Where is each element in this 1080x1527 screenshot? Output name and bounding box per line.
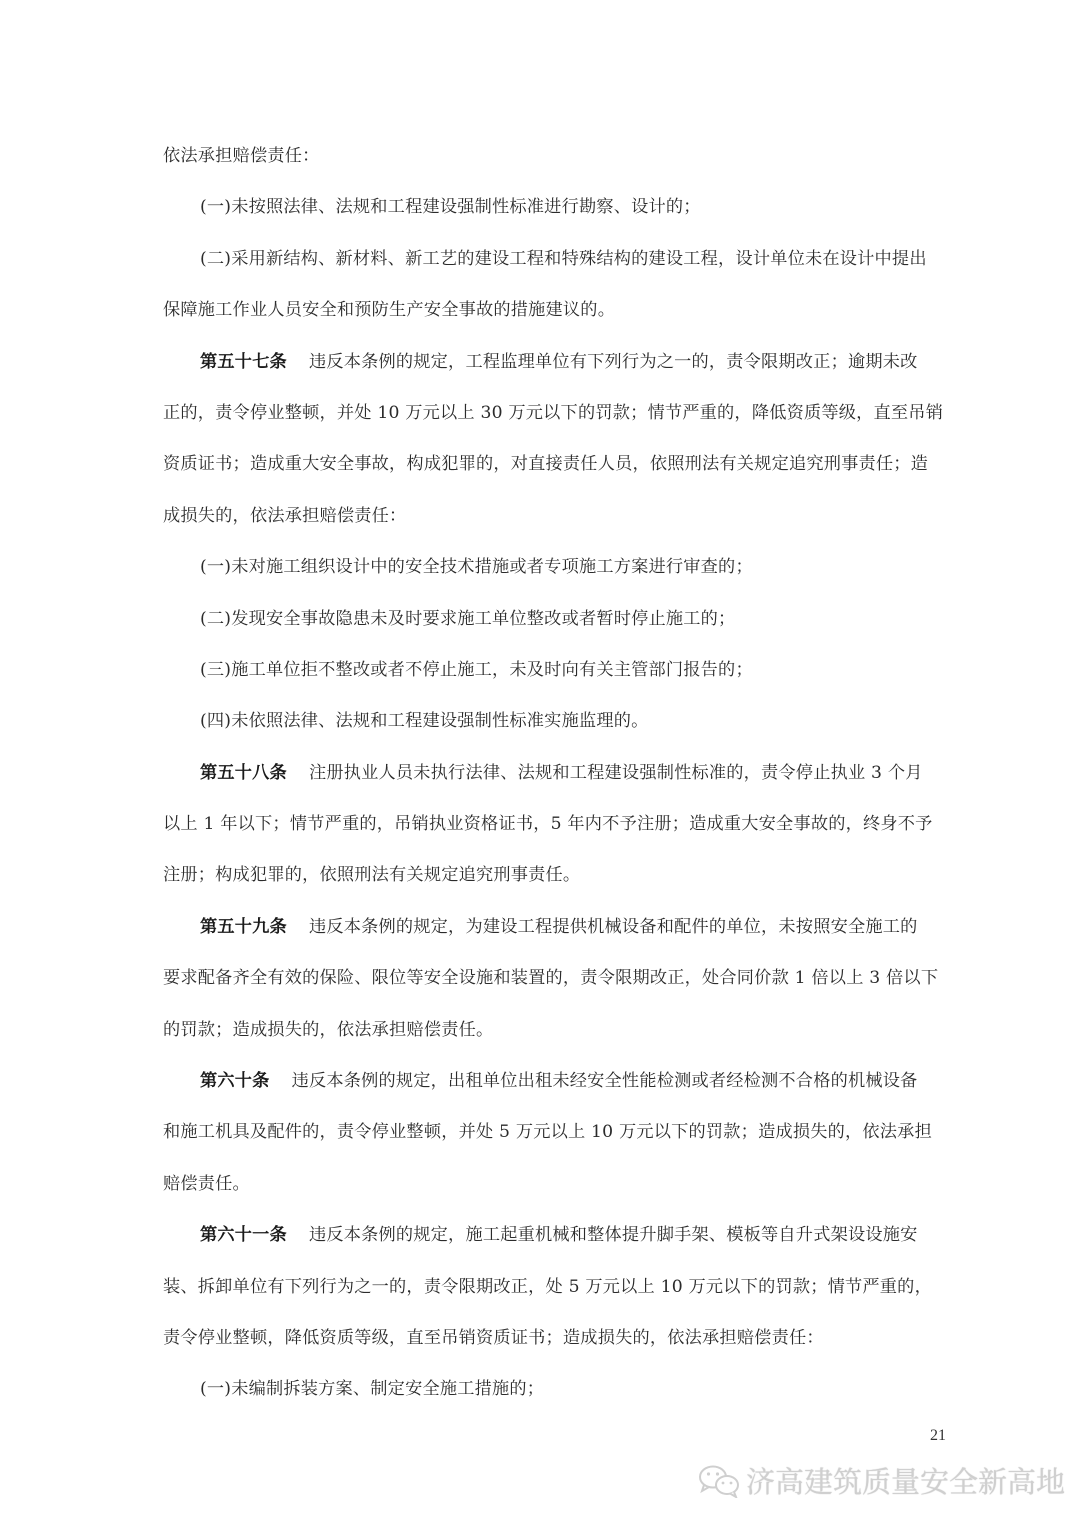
list-item: (二)采用新结构、新材料、新工艺的建设工程和特殊结构的建设工程，设计单位未在设计…	[163, 243, 918, 294]
list-item: (一)未按照法律、法规和工程建设强制性标准进行勘察、设计的；	[163, 191, 918, 242]
article-58-line: 注册；构成犯罪的，依照刑法有关规定追究刑事责任。	[163, 859, 918, 910]
article-title: 第六十一条	[200, 1225, 287, 1245]
document-page: 依法承担赔偿责任： (一)未按照法律、法规和工程建设强制性标准进行勘察、设计的；…	[0, 0, 1080, 1527]
article-58-line: 以上 1 年以下；情节严重的，吊销执业资格证书，5 年内不予注册；造成重大安全事…	[163, 808, 918, 859]
text-line: (四)未依照法律、法规和工程建设强制性标准实施监理的。	[200, 711, 649, 731]
article-title: 第五十九条	[200, 917, 287, 937]
list-item-continuation: 保障施工作业人员安全和预防生产安全事故的措施建议的。	[163, 294, 918, 345]
article-57-line: 正的，责令停业整顿，并处 10 万元以上 30 万元以下的罚款；情节严重的，降低…	[163, 397, 918, 448]
text-line: (一)未编制拆装方案、制定安全施工措施的；	[200, 1379, 544, 1399]
text-line: 资质证书；造成重大安全事故，构成犯罪的，对直接责任人员，依照刑法有关规定追究刑事…	[163, 454, 928, 474]
text-line: 装、拆卸单位有下列行为之一的，责令限期改正，处 5 万元以上 10 万元以下的罚…	[163, 1277, 932, 1297]
text-line: 注册；构成犯罪的，依照刑法有关规定追究刑事责任。	[163, 865, 580, 885]
article-60-line: 赔偿责任。	[163, 1168, 918, 1219]
article-61-line: 责令停业整顿，降低资质等级，直至吊销资质证书；造成损失的，依法承担赔偿责任：	[163, 1322, 918, 1373]
text-line: 违反本条例的规定，施工起重机械和整体提升脚手架、模板等自升式架设设施安	[309, 1225, 918, 1245]
article-title: 第五十八条	[200, 763, 287, 783]
article-61: 第六十一条违反本条例的规定，施工起重机械和整体提升脚手架、模板等自升式架设设施安	[163, 1219, 918, 1270]
article-57-line: 资质证书；造成重大安全事故，构成犯罪的，对直接责任人员，依照刑法有关规定追究刑事…	[163, 448, 918, 499]
text-line: 违反本条例的规定，出租单位出租未经安全性能检测或者经检测不合格的机械设备	[292, 1071, 918, 1091]
text-line: 以上 1 年以下；情节严重的，吊销执业资格证书，5 年内不予注册；造成重大安全事…	[163, 814, 933, 834]
text-line: 成损失的，依法承担赔偿责任：	[163, 506, 406, 526]
article-58: 第五十八条注册执业人员未执行法律、法规和工程建设强制性标准的，责令停止执业 3 …	[163, 757, 918, 808]
page-number: 21	[930, 1427, 946, 1445]
text-line: 赔偿责任。	[163, 1174, 250, 1194]
list-item: (四)未依照法律、法规和工程建设强制性标准实施监理的。	[163, 705, 918, 756]
article-59: 第五十九条违反本条例的规定，为建设工程提供机械设备和配件的单位，未按照安全施工的	[163, 911, 918, 962]
text-line: 责令停业整顿，降低资质等级，直至吊销资质证书；造成损失的，依法承担赔偿责任：	[163, 1328, 824, 1348]
article-59-line: 要求配备齐全有效的保险、限位等安全设施和装置的，责令限期改正，处合同价款 1 倍…	[163, 962, 918, 1013]
list-item: (一)未对施工组织设计中的安全技术措施或者专项施工方案进行审查的；	[163, 551, 918, 602]
text-line: 注册执业人员未执行法律、法规和工程建设强制性标准的，责令停止执业 3 个月	[309, 763, 923, 783]
article-59-line: 的罚款；造成损失的，依法承担赔偿责任。	[163, 1014, 918, 1065]
text-line: (一)未按照法律、法规和工程建设强制性标准进行勘察、设计的；	[200, 197, 701, 217]
paragraph-continuation: 依法承担赔偿责任：	[163, 140, 918, 191]
text-line: 违反本条例的规定，为建设工程提供机械设备和配件的单位，未按照安全施工的	[309, 917, 918, 937]
text-line: (三)施工单位拒不整改或者不停止施工，未及时向有关主管部门报告的；	[200, 660, 753, 680]
text-line: 保障施工作业人员安全和预防生产安全事故的措施建议的。	[163, 300, 615, 320]
article-title: 第六十条	[200, 1071, 270, 1091]
text-line: 和施工机具及配件的，责令停业整顿，并处 5 万元以上 10 万元以下的罚款；造成…	[163, 1122, 932, 1142]
text-line: (一)未对施工组织设计中的安全技术措施或者专项施工方案进行审查的；	[200, 557, 753, 577]
article-57: 第五十七条违反本条例的规定，工程监理单位有下列行为之一的，责令限期改正；逾期未改	[163, 346, 918, 397]
watermark-text: 济高建筑质量安全新高地	[746, 1460, 1065, 1501]
article-60: 第六十条违反本条例的规定，出租单位出租未经安全性能检测或者经检测不合格的机械设备	[163, 1065, 918, 1116]
list-item: (三)施工单位拒不整改或者不停止施工，未及时向有关主管部门报告的；	[163, 654, 918, 705]
document-body: 依法承担赔偿责任： (一)未按照法律、法规和工程建设强制性标准进行勘察、设计的；…	[163, 140, 918, 1425]
article-60-line: 和施工机具及配件的，责令停业整顿，并处 5 万元以上 10 万元以下的罚款；造成…	[163, 1116, 918, 1167]
list-item: (二)发现安全事故隐患未及时要求施工单位整改或者暂时停止施工的；	[163, 603, 918, 654]
article-title: 第五十七条	[200, 352, 287, 372]
text-line: (二)发现安全事故隐患未及时要求施工单位整改或者暂时停止施工的；	[200, 609, 735, 629]
text-line: 的罚款；造成损失的，依法承担赔偿责任。	[163, 1020, 493, 1040]
text-line: 依法承担赔偿责任：	[163, 146, 320, 166]
text-line: 要求配备齐全有效的保险、限位等安全设施和装置的，责令限期改正，处合同价款 1 倍…	[163, 968, 938, 988]
list-item: (一)未编制拆装方案、制定安全施工措施的；	[163, 1373, 918, 1424]
text-line: (二)采用新结构、新材料、新工艺的建设工程和特殊结构的建设工程，设计单位未在设计…	[200, 249, 927, 269]
article-61-line: 装、拆卸单位有下列行为之一的，责令限期改正，处 5 万元以上 10 万元以下的罚…	[163, 1271, 918, 1322]
article-57-line: 成损失的，依法承担赔偿责任：	[163, 500, 918, 551]
watermark: 济高建筑质量安全新高地	[698, 1460, 1065, 1501]
text-line: 违反本条例的规定，工程监理单位有下列行为之一的，责令限期改正；逾期未改	[309, 352, 918, 372]
wechat-icon	[698, 1464, 740, 1498]
text-line: 正的，责令停业整顿，并处 10 万元以上 30 万元以下的罚款；情节严重的，降低…	[163, 403, 943, 423]
